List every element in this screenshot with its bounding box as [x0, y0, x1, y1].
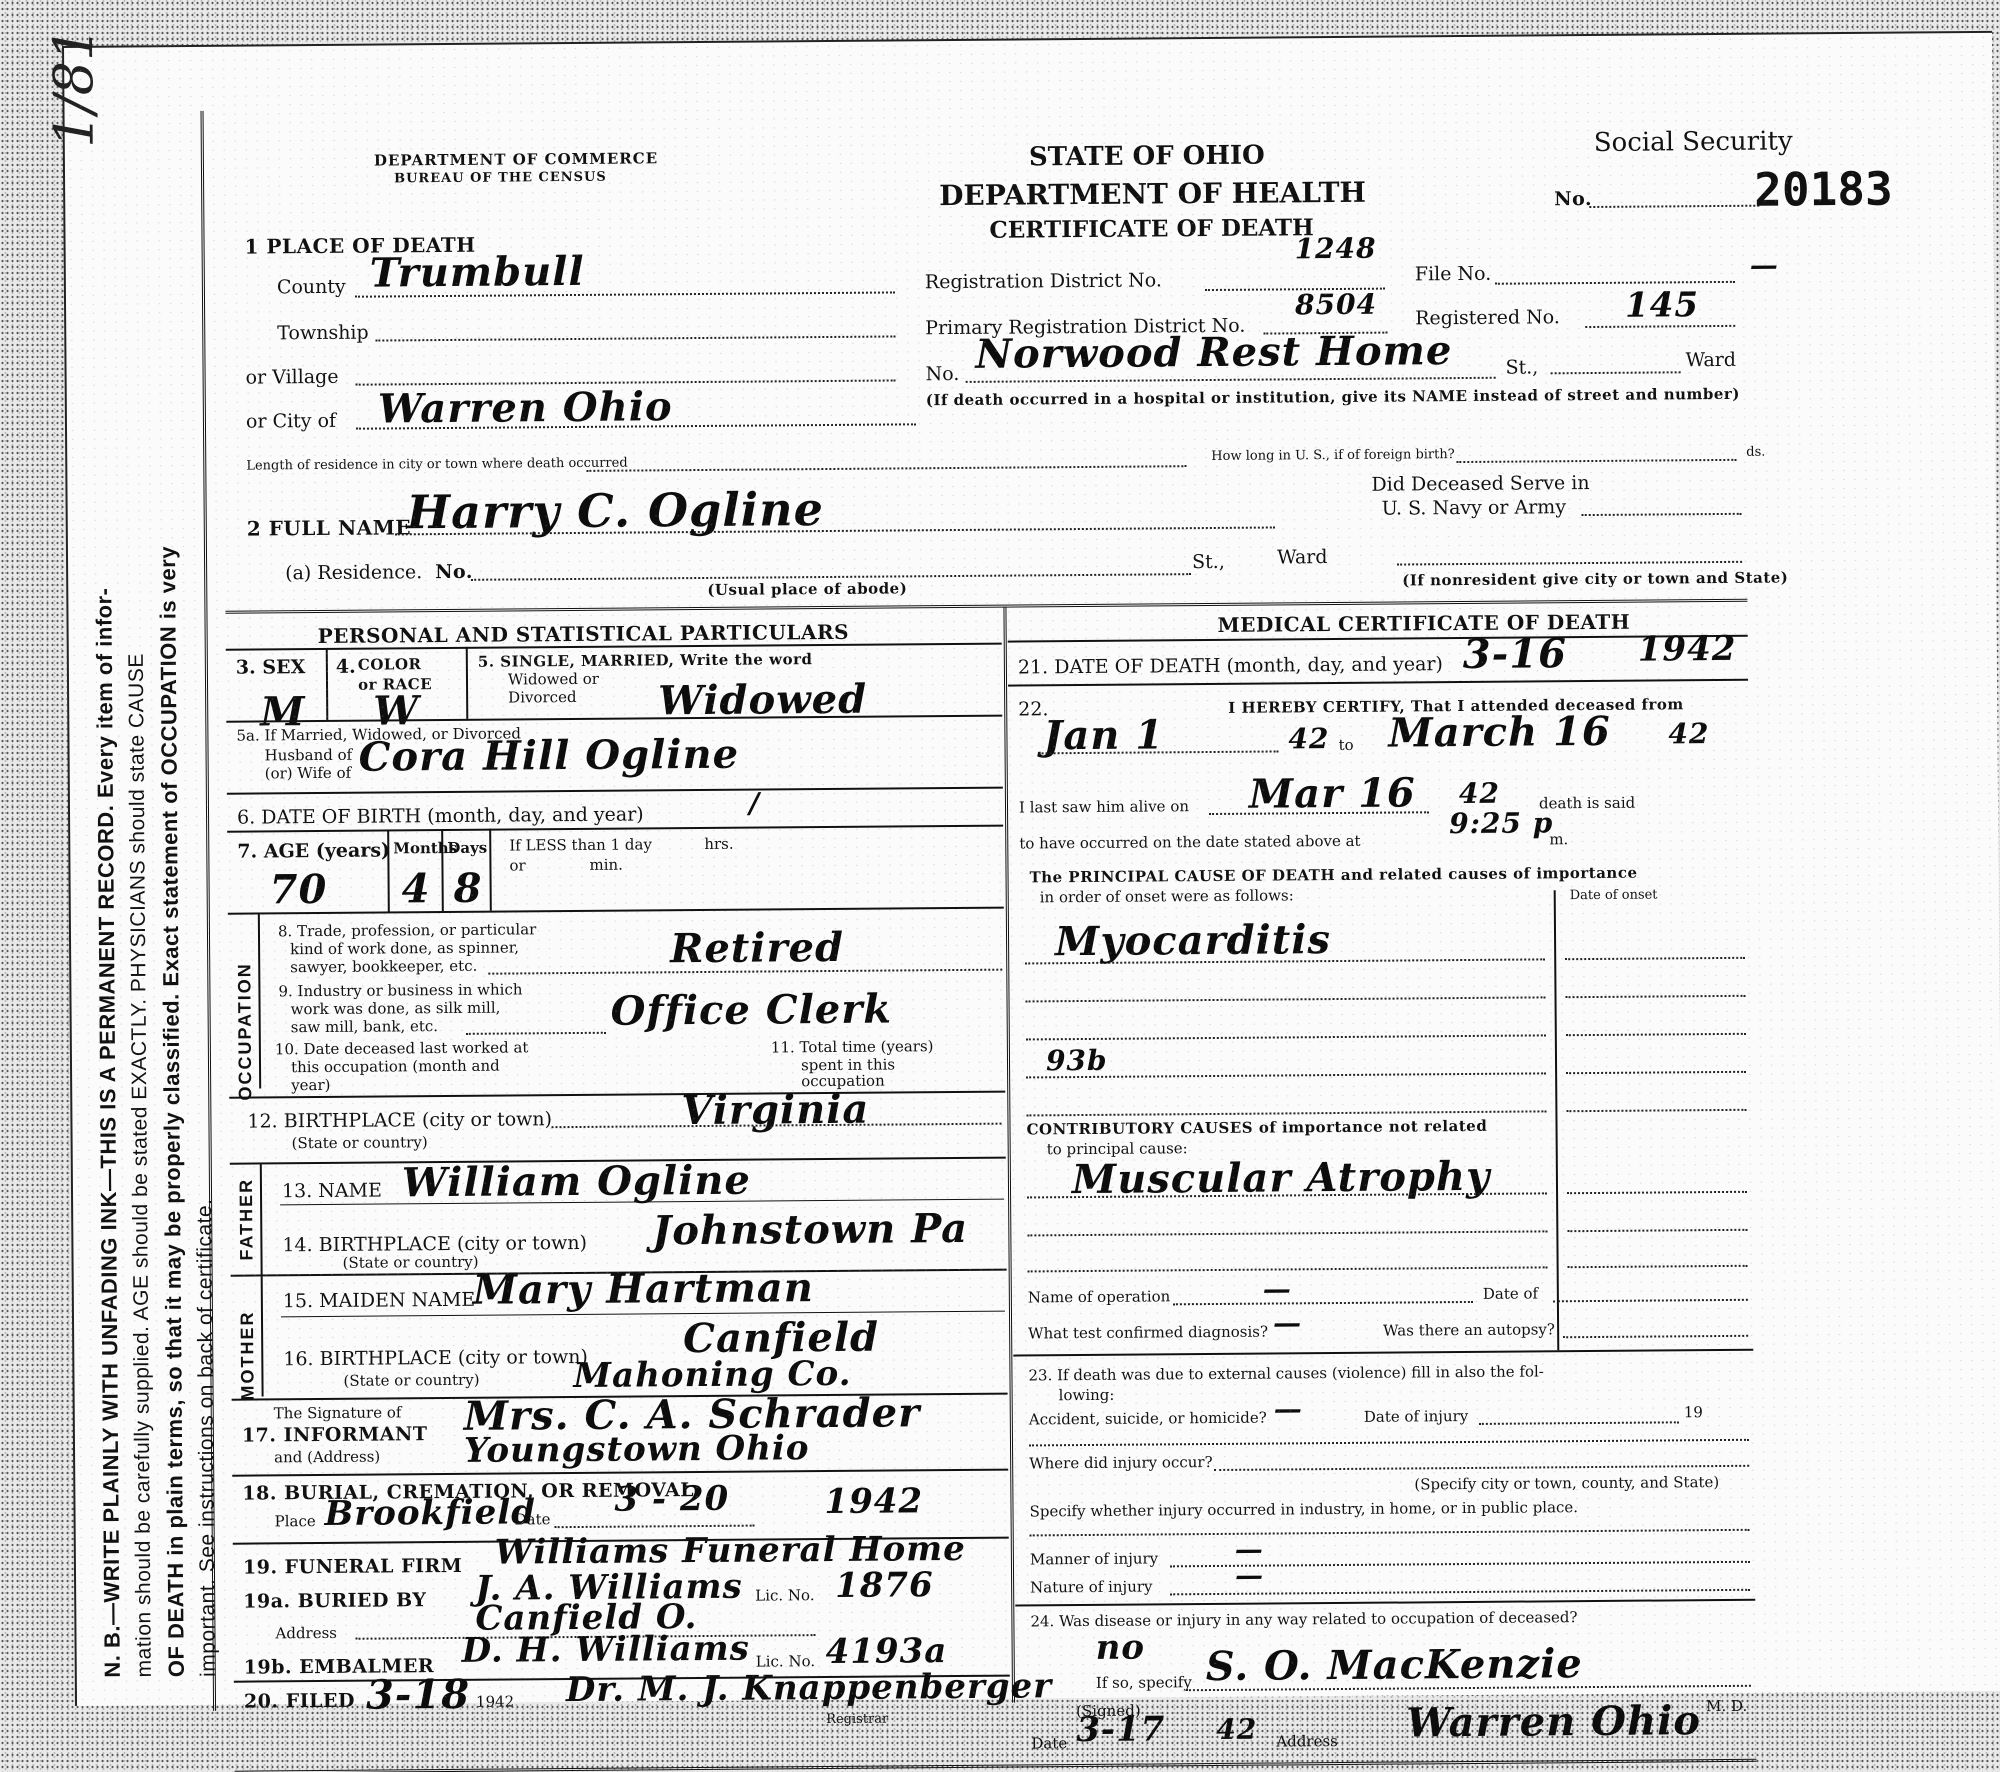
mother-maiden-value: Mary Hartman [473, 1264, 814, 1314]
spouse-label-2: Husband of [265, 746, 353, 765]
age-days-value: 8 [453, 865, 482, 912]
ward-label: Ward [1685, 349, 1736, 371]
time-of-death-value: 9:25 p [1449, 806, 1553, 840]
trade-label-1: 8. Trade, profession, or particular [278, 920, 536, 940]
occurred-label: to have occurred on the date stated abov… [1019, 832, 1360, 853]
marital-label-1: 5. SINGLE, MARRIED, Write the word [478, 650, 813, 671]
dod-label: 21. DATE OF DEATH (month, day, and year) [1018, 653, 1443, 678]
department-title: DEPARTMENT OF HEALTH [939, 176, 1366, 212]
operation-label: Name of operation [1028, 1287, 1171, 1306]
birthplace-label-2: (State or country) [292, 1133, 428, 1152]
ss-no-label: No. [1554, 188, 1592, 210]
abode-note: (Usual place of abode) [707, 579, 907, 599]
accident-value: — [1274, 1392, 1303, 1425]
nature-label: Nature of injury [1030, 1577, 1152, 1596]
principal-cause-value: Myocarditis [1055, 916, 1331, 965]
last-worked-label-2: this occupation (month and [291, 1057, 500, 1077]
last-saw-value: Mar 16 [1249, 769, 1416, 817]
father-name-value: William Ogline [402, 1157, 751, 1207]
cert-address-label: Address [1276, 1732, 1338, 1750]
street-no-label: No. [926, 363, 960, 385]
age-months-value: 4 [401, 865, 430, 912]
mother-tab: MOTHER [237, 1311, 259, 1401]
burial-date-value: 3 - 20 [614, 1479, 729, 1520]
residence-ward-label: Ward [1277, 546, 1328, 568]
cert-date-year: 42 [1216, 1713, 1257, 1746]
county-value: Trumbull [370, 248, 585, 297]
marital-label-2: Widowed or [508, 670, 599, 689]
registrar-label: Registrar [826, 1712, 888, 1727]
buried-by-label: 19a. BURIED BY [243, 1589, 426, 1612]
city-value: Warren Ohio [378, 383, 673, 432]
funeral-firm-label: 19. FUNERAL FIRM [243, 1555, 462, 1579]
state-title: STATE OF OHIO [1029, 141, 1265, 173]
sex-label: 3. SEX [236, 656, 306, 679]
accident-label: Accident, suicide, or homicide? [1029, 1409, 1267, 1429]
color-num: 4. [336, 656, 356, 678]
medical-section-title: MEDICAL CERTIFICATE OF DEATH [1217, 610, 1630, 637]
served-label-1: Did Deceased Serve in [1371, 472, 1589, 496]
external-label-1: 23. If death was due to external causes … [1028, 1362, 1543, 1384]
or-label: or [509, 856, 525, 874]
burial-year-value: 1942 [824, 1481, 923, 1522]
industry-label-1: 9. Industry or business in which [278, 980, 522, 1000]
mother-birthplace-label-1: 16. BIRTHPLACE (city or town) [283, 1346, 588, 1370]
manner-label: Manner of injury [1030, 1549, 1158, 1568]
registrar-value: Dr. M. J. Knappenberger [566, 1666, 1053, 1710]
cert-address-value: Warren Ohio [1406, 1697, 1701, 1746]
reg-district-label: Registration District No. [925, 269, 1162, 293]
test-value: — [1273, 1306, 1302, 1339]
age-years-value: 70 [269, 866, 327, 913]
residence-label: (a) Residence. [285, 561, 422, 584]
certificate-title: CERTIFICATE OF DEATH [989, 214, 1314, 244]
signed-value: S. O. MacKenzie [1206, 1640, 1583, 1690]
where-label: Where did injury occur? [1029, 1453, 1213, 1472]
father-birthplace-value: Johnstown Pa [652, 1205, 968, 1254]
contributory-label-1: CONTRIBUTORY CAUSES of importance not re… [1026, 1117, 1487, 1139]
attended-to-value: March 16 [1388, 708, 1611, 757]
to-label: to [1338, 736, 1353, 754]
cert-date-value: 3-17 [1076, 1709, 1165, 1750]
cause-code-value: 93b [1046, 1044, 1108, 1077]
occupational-value: no [1095, 1628, 1145, 1668]
funeral-address-label: Address [275, 1624, 337, 1642]
injury-date-label: Date of injury [1364, 1407, 1469, 1426]
specify-whether: Specify whether injury occurred in indus… [1029, 1498, 1578, 1520]
trade-label-3: sawyer, bookkeeper, etc. [290, 957, 477, 976]
filed-label: 20. FILED [244, 1690, 355, 1713]
date-of-label: Date of [1483, 1284, 1538, 1302]
birthplace-label-1: 12. BIRTHPLACE (city or town) [247, 1108, 552, 1132]
father-tab: FATHER [236, 1178, 258, 1261]
ss-number: 20183 [1754, 162, 1893, 217]
external-label-2: lowing: [1059, 1386, 1115, 1404]
burial-place-label: Place [275, 1512, 316, 1530]
dod-year: 1942 [1638, 629, 1737, 670]
informant-label-3: and (Address) [274, 1448, 380, 1467]
mother-birthplace-label-2: (State or country) [343, 1371, 479, 1390]
last-worked-label-3: year) [291, 1076, 330, 1094]
informant-label-1: The Signature of [274, 1403, 402, 1422]
industry-label-3: saw mill, bank, etc. [291, 1017, 438, 1036]
specify-note: (Specify city or town, county, and State… [1414, 1473, 1719, 1493]
occupation-tab: OCCUPATION [234, 962, 256, 1100]
injury-year-label: 19 [1684, 1403, 1703, 1421]
test-label: What test confirmed diagnosis? [1028, 1323, 1268, 1343]
attended-to-year: 42 [1668, 717, 1709, 750]
burial-date-label: Date [515, 1510, 551, 1528]
trade-value: Retired [670, 924, 844, 972]
foreign-birth-label: How long in U. S., if of foreign birth? [1211, 447, 1455, 464]
cert-date-label: Date [1031, 1734, 1067, 1752]
reg-district-value: 1248 [1295, 232, 1377, 266]
date-onset-label: Date of onset [1570, 887, 1658, 903]
attended-from-year: 42 [1288, 722, 1329, 755]
dod-value: 3-16 [1463, 630, 1567, 678]
color-label: COLOR [358, 655, 422, 673]
township-label: Township [277, 322, 369, 345]
last-saw-year: 42 [1459, 777, 1500, 810]
registered-no-label: Registered No. [1415, 306, 1560, 329]
spouse-value: Cora Hill Ogline [358, 731, 739, 781]
days-label: Days [447, 839, 487, 857]
city-label: or City of [246, 410, 336, 433]
county-label: County [277, 276, 346, 299]
hrs-label: hrs. [704, 835, 733, 853]
filed-year-prefix: 1942 [476, 1692, 514, 1710]
industry-value: Office Clerk [610, 986, 892, 1035]
father-name-label: 13. NAME [282, 1180, 382, 1203]
spouse-label-3: (or) Wife of [265, 764, 352, 783]
file-no-label: File No. [1415, 263, 1492, 286]
certificate-form: DEPARTMENT OF COMMERCE BUREAU OF THE CEN… [201, 97, 1974, 1711]
social-security-label: Social Security [1594, 126, 1793, 158]
buried-lic-value: 1876 [835, 1565, 934, 1606]
birthplace-value: Virginia [681, 1086, 869, 1134]
dob-value: / [749, 787, 760, 820]
village-label: or Village [246, 366, 339, 389]
dob-label: 6. DATE OF BIRTH (month, day, and year) [237, 803, 644, 828]
residence-length-label: Length of residence in city or town wher… [246, 456, 627, 474]
registered-no-value: 145 [1625, 285, 1699, 326]
burial-place-value: Brookfield [324, 1492, 536, 1534]
m-label: m. [1549, 830, 1568, 848]
file-no-value: — [1750, 249, 1779, 282]
age-label: 7. AGE (years) [237, 839, 390, 862]
min-label: min. [589, 856, 623, 874]
md-label: M. D. [1706, 1697, 1747, 1715]
foreign-birth-ds: ds. [1746, 445, 1765, 460]
served-label-2: U. S. Navy or Army [1382, 496, 1567, 519]
father-birthplace-label-2: (State or country) [342, 1253, 478, 1272]
residence-st-label: St., [1192, 551, 1225, 573]
embalmer-value: D. H. Williams [461, 1629, 749, 1671]
marital-label-3: Divorced [508, 688, 577, 707]
bureau-census: BUREAU OF THE CENSUS [394, 170, 607, 187]
nature-value: — [1235, 1559, 1264, 1592]
embalmer-lic-value: 4193a [825, 1631, 947, 1672]
buried-lic-label: Lic. No. [755, 1586, 814, 1604]
nonresident-note: (If nonresident give city or town and St… [1402, 568, 1788, 589]
residence-no-label: No. [435, 561, 473, 583]
full-name-value: Harry C. Ogline [406, 482, 824, 539]
informant-address-value: Youngstown Ohio [464, 1428, 810, 1471]
if-so-label: If so, specify [1096, 1673, 1192, 1692]
dept-commerce: DEPARTMENT OF COMMERCE [374, 149, 658, 169]
death-address-value: Norwood Rest Home [975, 327, 1452, 378]
principal-label-1: The PRINCIPAL CAUSE OF DEATH and related… [1029, 864, 1637, 887]
st-label: St., [1505, 356, 1538, 378]
industry-label-2: work was done, as silk mill, [291, 999, 501, 1019]
less-day-label: If LESS than 1 day [509, 835, 652, 854]
death-said-label: death is said [1539, 794, 1635, 813]
trade-label-2: kind of work done, as spinner, [290, 938, 519, 958]
last-saw-label: I last saw him alive on [1019, 797, 1189, 816]
full-name-label: 2 FULL NAME [247, 515, 411, 540]
total-time-label-1: 11. Total time (years) [771, 1037, 934, 1056]
last-worked-label-1: 10. Date deceased last worked at [275, 1038, 529, 1058]
informant-label-2: 17. INFORMANT [242, 1423, 428, 1446]
mother-maiden-label: 15. MAIDEN NAME [283, 1289, 476, 1313]
institution-note: (If death occurred in a hospital or inst… [926, 385, 1740, 409]
filed-value: 3-18 [366, 1671, 470, 1719]
primary-district-value: 8504 [1295, 288, 1377, 322]
operation-value: — [1263, 1272, 1292, 1305]
certificate-sheet: 1/81 N. B.—WRITE PLAINLY WITH UNFADING I… [62, 31, 2000, 1706]
principal-label-2: in order of onset were as follows: [1040, 886, 1294, 906]
autopsy-label: Was there an autopsy? [1383, 1320, 1555, 1339]
